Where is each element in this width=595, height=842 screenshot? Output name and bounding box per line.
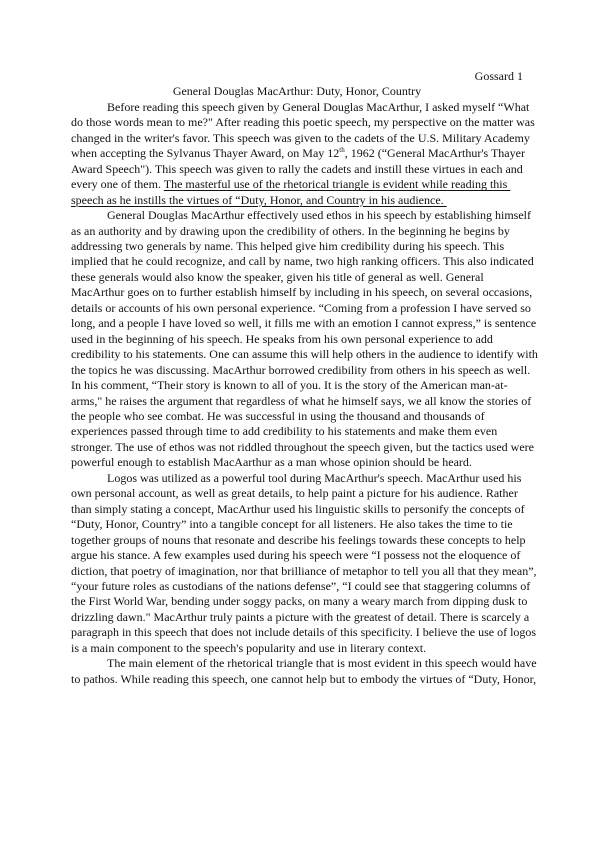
text-line: Logos was utilized as a powerful tool du…: [71, 471, 523, 486]
text-line: every one of them. The masterful use of …: [71, 177, 523, 192]
text-segment: when accepting the Sylvanus Thayer Award…: [71, 146, 339, 160]
text-line: used in the beginning of his speech. He …: [71, 332, 523, 347]
text-segment: every one of them.: [71, 177, 164, 191]
document-body: Gossard 1 General Douglas MacArthur: Dut…: [71, 69, 523, 687]
paragraph-pathos: The main element of the rhetorical trian…: [71, 656, 523, 687]
text-line: argue his stance. A few examples used du…: [71, 548, 523, 563]
text-line: do those words mean to me?" After readin…: [71, 115, 523, 130]
text-line: the topics he was discussing. MacArthur …: [71, 363, 523, 378]
text-line: addressing two generals by name. This he…: [71, 239, 523, 254]
text-line: changed in the writer's favor. This spee…: [71, 131, 523, 146]
text-line: the First World War, bending under soggy…: [71, 594, 523, 609]
text-line: implied that he could recognize, and cal…: [71, 254, 523, 269]
text-line: the people who see combat. He was succes…: [71, 409, 523, 424]
page-header: Gossard 1: [71, 69, 523, 84]
text-line: experiences passed through time to add c…: [71, 424, 523, 439]
text-line: “Duty, Honor, Country” into a tangible c…: [71, 517, 523, 532]
text-segment: , 1962 (“General MacArthur's Thayer: [345, 146, 525, 160]
document-page: Gossard 1 General Douglas MacArthur: Dut…: [0, 0, 595, 842]
text-line: than simply stating a concept, MacArthur…: [71, 502, 523, 517]
text-line: when accepting the Sylvanus Thayer Award…: [71, 146, 523, 161]
text-line: In his comment, “Their story is known to…: [71, 378, 523, 393]
text-line: is a main component to the speech's popu…: [71, 641, 523, 656]
text-line: paragraph in this speech that does not i…: [71, 625, 523, 640]
text-line: together groups of nouns that resonate a…: [71, 533, 523, 548]
text-line: Before reading this speech given by Gene…: [71, 100, 523, 115]
thesis-underlined: The masterful use of the rhetorical tria…: [164, 177, 511, 191]
paragraph-logos: Logos was utilized as a powerful tool du…: [71, 471, 523, 656]
text-line: credibility to his statements. One can a…: [71, 347, 523, 362]
text-line: long, and a people I have loved so well,…: [71, 316, 523, 331]
text-line: to pathos. While reading this speech, on…: [71, 672, 523, 687]
text-line: drizzling dawn." MacArthur truly paints …: [71, 610, 523, 625]
document-title: General Douglas MacArthur: Duty, Honor, …: [71, 84, 523, 99]
text-line: arms," he raises the argument that regar…: [71, 394, 523, 409]
text-line: as an authority and by drawing upon the …: [71, 224, 523, 239]
text-line: General Douglas MacArthur effectively us…: [71, 208, 523, 223]
text-line: MacArthur goes on to further establish h…: [71, 285, 523, 300]
text-line: The main element of the rhetorical trian…: [71, 656, 523, 671]
text-line: stronger. The use of ethos was not riddl…: [71, 440, 523, 455]
text-line: “your future roles as custodians of the …: [71, 579, 523, 594]
paragraph-ethos: General Douglas MacArthur effectively us…: [71, 208, 523, 471]
text-line: own personal account, as well as great d…: [71, 486, 523, 501]
paragraph-introduction: Before reading this speech given by Gene…: [71, 100, 523, 208]
text-line: powerful enough to establish MacAarthur …: [71, 455, 523, 470]
text-line: diction, that poetry of imagination, nor…: [71, 564, 523, 579]
text-line: Award Speech"). This speech was given to…: [71, 162, 523, 177]
text-line: details or accounts of his own personal …: [71, 301, 523, 316]
text-line: these generals would also know the speak…: [71, 270, 523, 285]
text-line: speech as he instills the virtues of “Du…: [71, 193, 523, 208]
thesis-underlined: speech as he instills the virtues of “Du…: [71, 193, 447, 207]
